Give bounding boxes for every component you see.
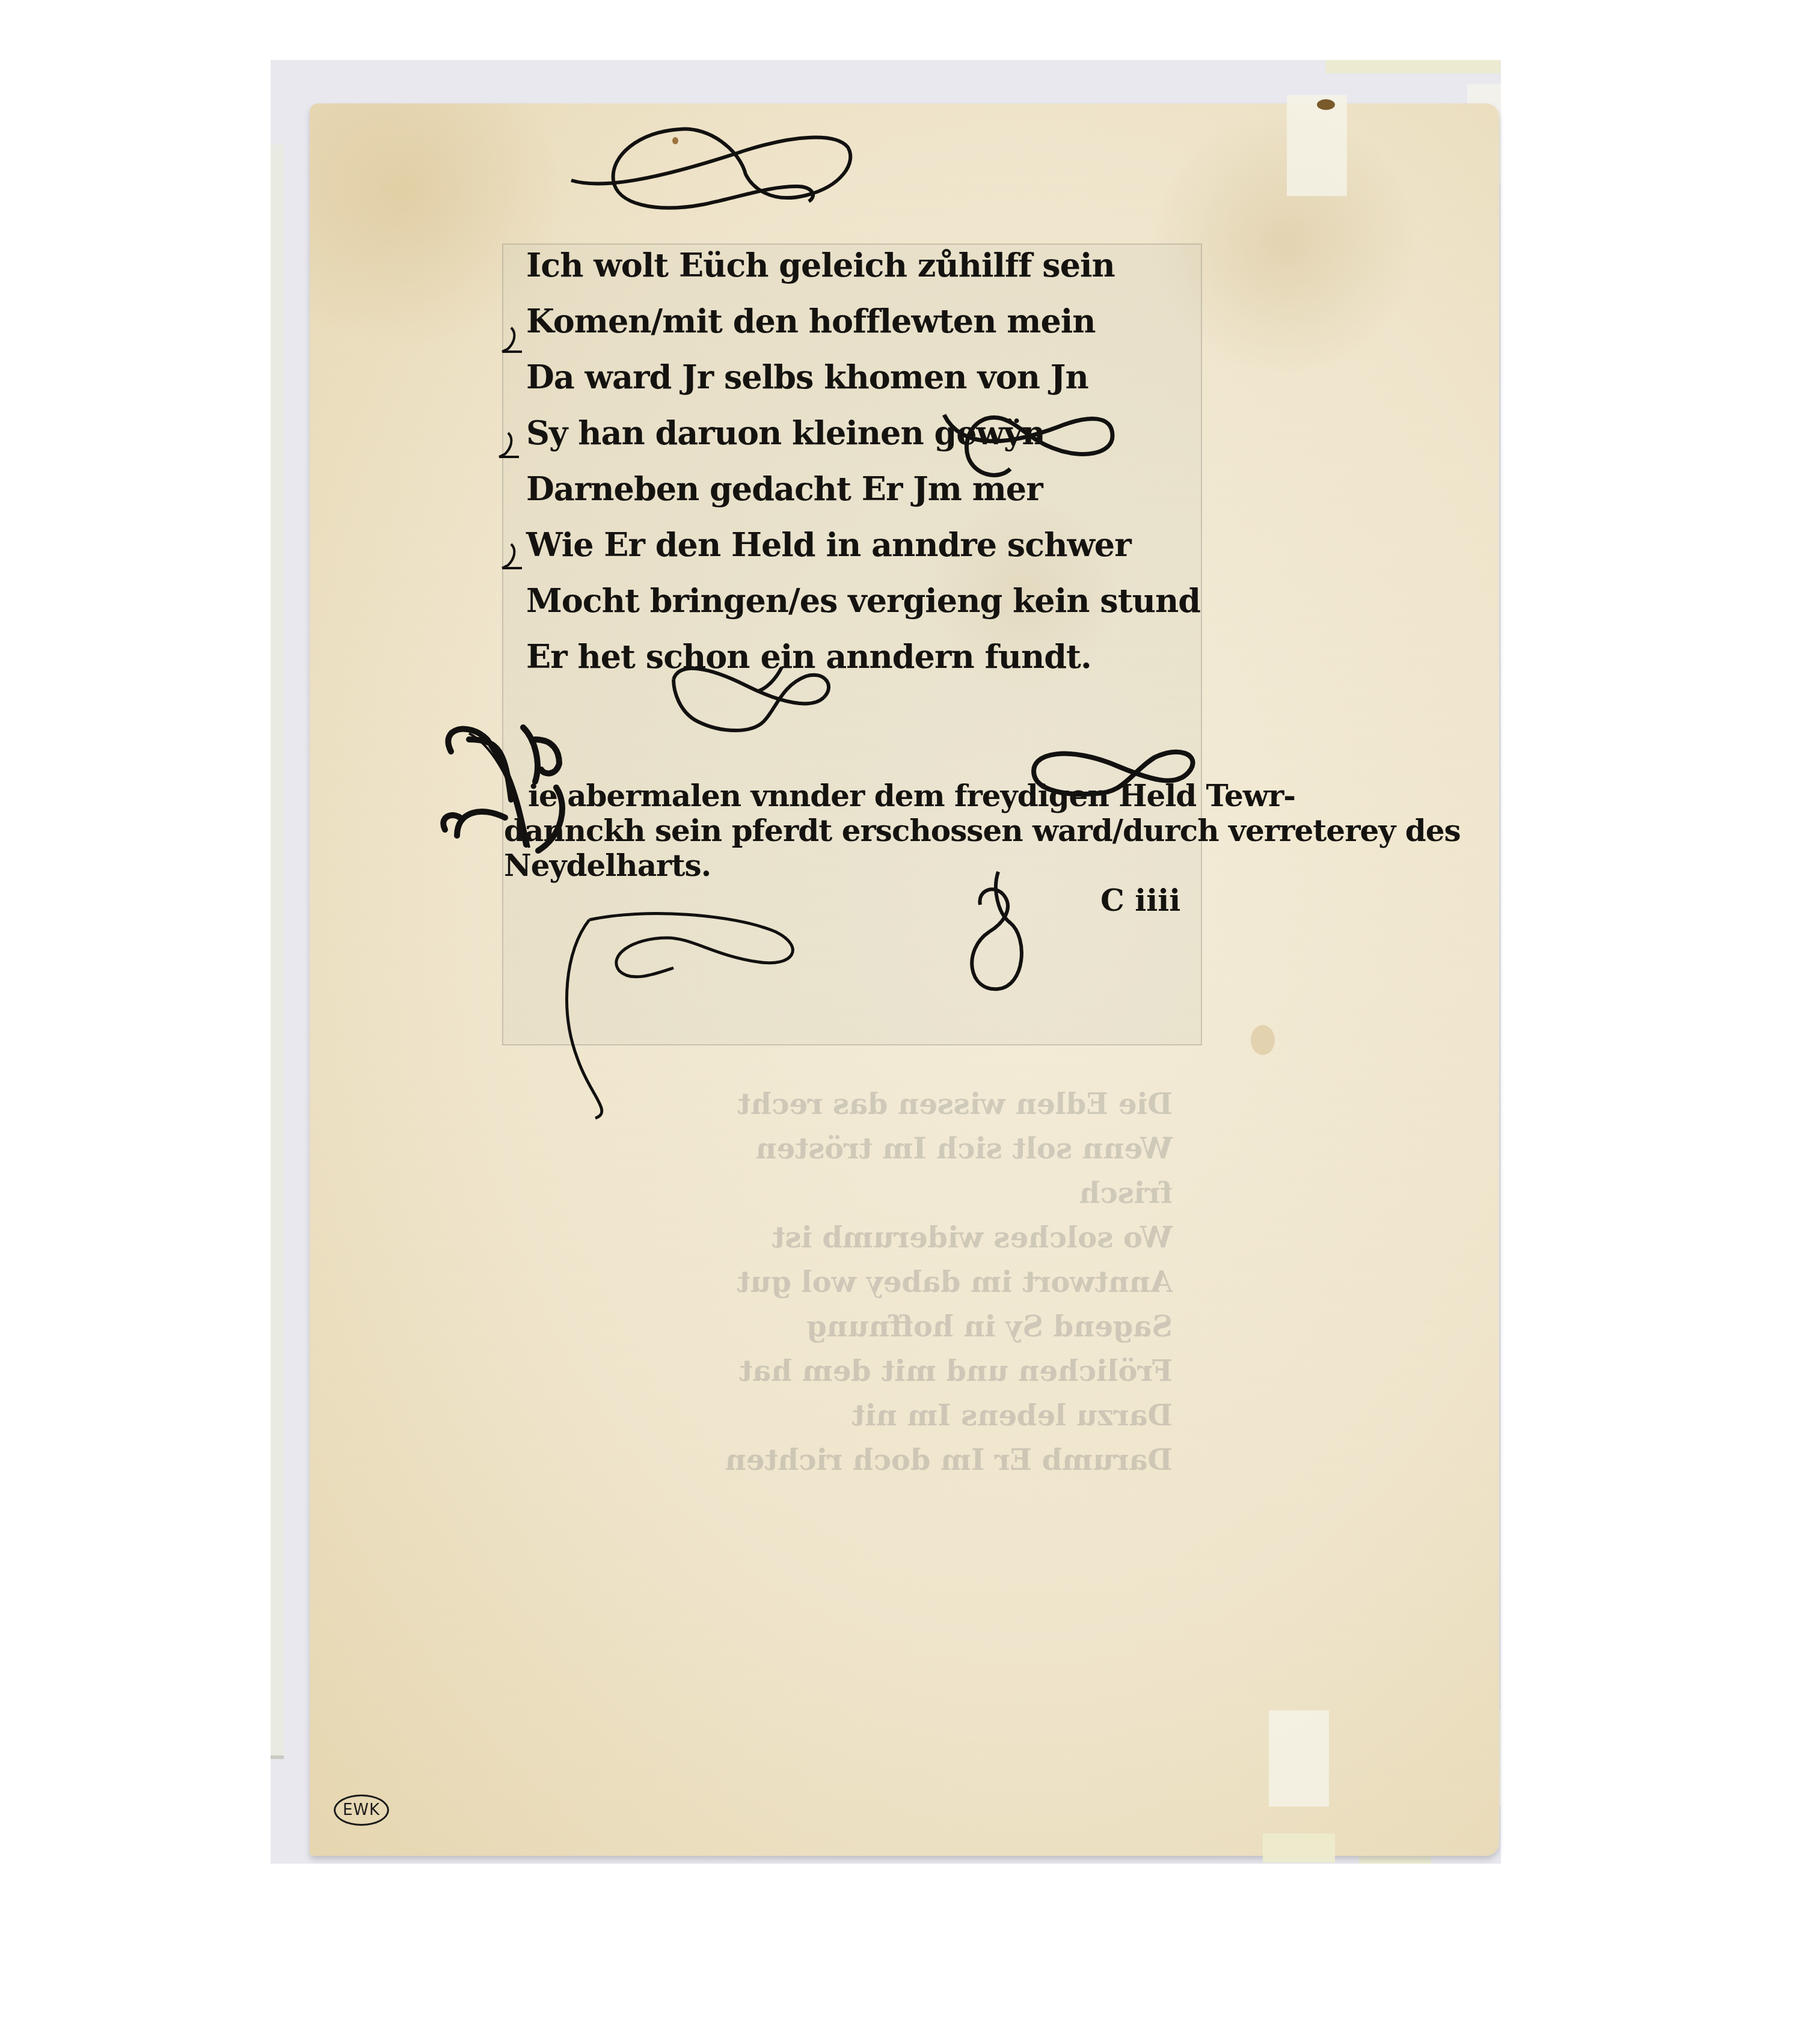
bleed-line: Frölichen und mit dem hat [680, 1349, 1173, 1394]
heading-line-text: dannckh sein pferdt erschossen ward/durc… [504, 813, 1461, 848]
verse-line: Ich wolt Eüch geleich zůhilff sein [526, 237, 1218, 293]
verso-bleed-through-text: Die Edlen wissen das recht Wenn solt sic… [680, 1082, 1173, 1515]
bleed-line: Anntwort im dabey wol gut [680, 1260, 1173, 1305]
heading-line-text: Neydelharts. [504, 848, 711, 883]
bleed-line: Wenn solt sich Im trösten frisch [680, 1127, 1173, 1216]
verse-line: Da ward Jr selbs khomen von Jn [526, 349, 1218, 405]
signature-mark: C iiii [1100, 883, 1180, 918]
bleed-line: Wo solches widerumb ist [680, 1216, 1173, 1260]
tape-overlay-bottom [1263, 1834, 1335, 1862]
chapter-heading: ie abermalen vnnder dem freydigen Held T… [504, 779, 1201, 883]
foxing-spot [1317, 99, 1335, 110]
hinge-tape-top [1326, 60, 1500, 73]
bleed-line: Darumb Er Im doch richten [680, 1438, 1173, 1483]
verse-line: Sy han daruon kleinen gewÿn [526, 405, 1218, 461]
tape-overlay-right-bottom [1269, 1710, 1329, 1807]
marginal-mark-icon [499, 325, 523, 361]
bleed-line: Sagend Sy in hoffnung [680, 1305, 1173, 1349]
marginal-mark-icon [496, 430, 520, 466]
bleed-line: Darzu lebens Im nit [680, 1394, 1173, 1438]
verse-line: Mocht bringen/es vergieng kein stund [526, 573, 1218, 629]
heading-line: ie abermalen vnnder dem freydigen Held T… [504, 779, 1201, 813]
verse-line: Er het schon ein anndern fundt. [526, 629, 1218, 685]
verse-block: Ich wolt Eüch geleich zůhilff sein Komen… [526, 237, 1218, 685]
marginal-mark-icon [499, 541, 523, 577]
heading-line-text: ie abermalen vnnder dem freydigen Held T… [528, 779, 1295, 813]
collector-stamp: EWK [334, 1795, 389, 1826]
flourish-top-icon [565, 114, 854, 234]
heading-line: dannckh sein pferdt erschossen ward/durc… [504, 813, 1201, 848]
foxing-spot [1251, 1025, 1275, 1055]
verse-line: Wie Er den Held in anndre schwer [526, 517, 1218, 573]
verse-line: Darneben gedacht Er Jm mer [526, 461, 1218, 517]
heading-line: Neydelharts. [504, 848, 1201, 883]
tape-overlay-right-top [1287, 95, 1347, 196]
flourish-bottom-left-icon [553, 902, 806, 1124]
hinge-tape-left [271, 144, 284, 1759]
verse-line: Komen/mit den hofflewten mein [526, 293, 1218, 349]
flourish-bottom-center-icon [956, 866, 1034, 998]
